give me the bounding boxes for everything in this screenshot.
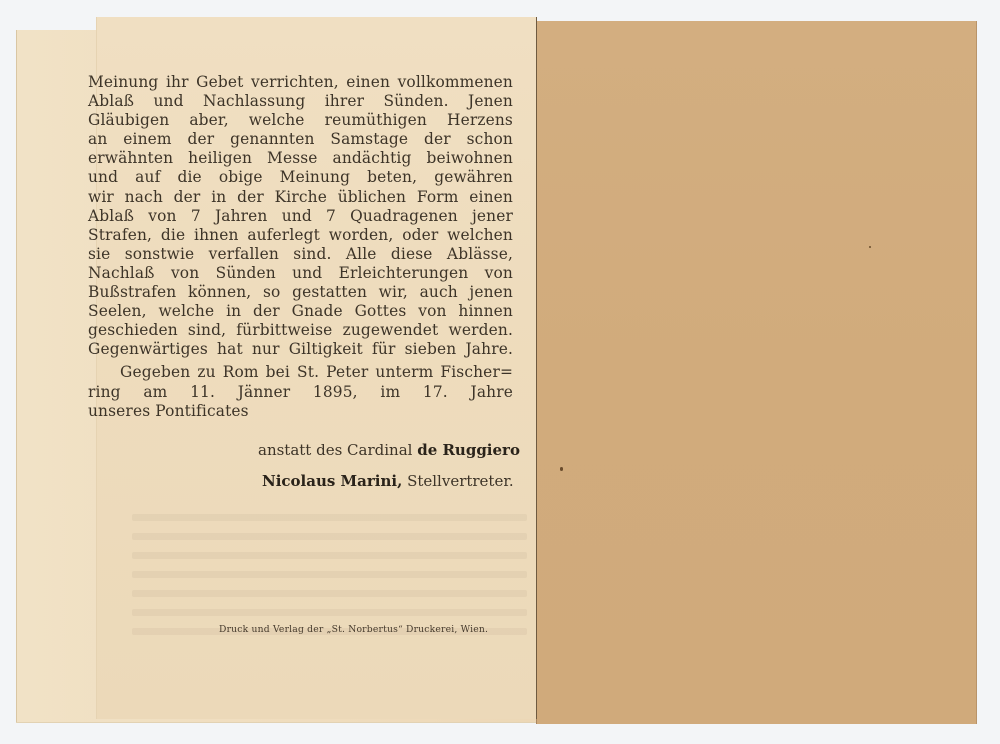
- body-text: Meinung ihr Gebet verrichten, einen voll…: [88, 73, 513, 421]
- text-line: Gegenwärtiges hat nur Giltigkeit für sie…: [88, 340, 513, 359]
- text-line: und auf die obige Meinung beten, gewähre…: [88, 168, 513, 187]
- paper-speck: [560, 467, 563, 471]
- cardinal-name: de Ruggiero: [417, 441, 520, 459]
- text-line: Seelen, welche in der Gnade Gottes von h…: [88, 302, 513, 321]
- printer-imprint: Druck und Verlag der „St. Norbertus“ Dru…: [219, 624, 488, 635]
- bleed-through: [132, 571, 527, 578]
- text-line: an einem der genannten Samstage der scho…: [88, 130, 513, 149]
- deputy-title: Stellvertreter.: [402, 472, 513, 490]
- text-line: Ablaß und Nachlassung ihrer Sünden. Jene…: [88, 92, 513, 111]
- text-line: wir nach der in der Kirche üblichen Form…: [88, 188, 513, 207]
- text-line: Nachlaß von Sünden und Erleichterungen v…: [88, 264, 513, 283]
- bleed-through: [132, 533, 527, 540]
- text-line: Bußstrafen können, so gestatten wir, auc…: [88, 283, 513, 302]
- signature-line-cardinal: anstatt des Cardinal de Ruggiero: [258, 441, 520, 459]
- text-line: geschieden sind, fürbittweise zugewendet…: [88, 321, 513, 340]
- text-line: Gläubigen aber, welche reumüthigen Herze…: [88, 111, 513, 130]
- text-line: Meinung ihr Gebet verrichten, einen voll…: [88, 73, 513, 92]
- signature-prefix: anstatt des Cardinal: [258, 441, 417, 459]
- bleed-through: [132, 552, 527, 559]
- bleed-through: [132, 609, 527, 616]
- scanned-document: Meinung ihr Gebet verrichten, einen voll…: [0, 0, 1000, 744]
- text-line: erwähnten heiligen Messe andächtig beiwo…: [88, 149, 513, 168]
- text-line: Strafen, die ihnen auferlegt worden, ode…: [88, 226, 513, 245]
- bleed-through: [132, 590, 527, 597]
- dating-line: ring am 11. Jänner 1895, im 17. Jahre: [88, 383, 513, 402]
- dating-line: Gegeben zu Rom bei St. Peter unterm Fisc…: [88, 363, 513, 382]
- signature-line-deputy: Nicolaus Marini, Stellvertreter.: [262, 472, 514, 490]
- bleed-through: [132, 514, 527, 521]
- deputy-name: Nicolaus Marini,: [262, 472, 402, 490]
- text-line: Ablaß von 7 Jahren und 7 Quadragenen jen…: [88, 207, 513, 226]
- text-line: sie sonstwie verfallen sind. Alle diese …: [88, 245, 513, 264]
- dating-line: unseres Pontificates: [88, 402, 513, 421]
- paper-speck: [869, 246, 871, 248]
- brown-cover-page: [536, 21, 977, 724]
